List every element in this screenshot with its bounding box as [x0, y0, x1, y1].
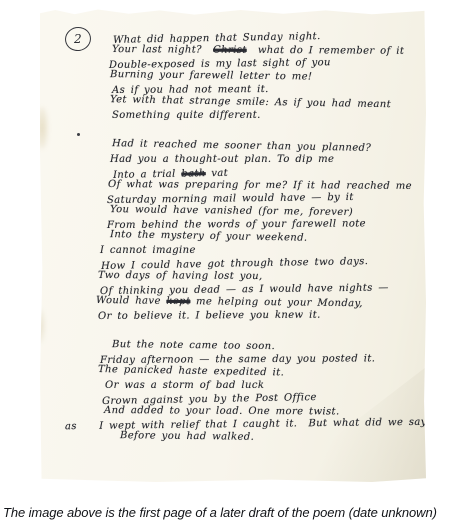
manuscript-line: Something quite different.: [112, 109, 426, 122]
manuscript-stanza: What did happen that Sunday night.Your l…: [40, 31, 426, 122]
scribbled-word: Christ: [213, 45, 247, 56]
manuscript-stanza: Had it reached me sooner than you planne…: [40, 140, 426, 322]
article-image-block: 2 What did happen that Sunday night.Your…: [0, 0, 457, 531]
manuscript-line: Before you had walked.: [120, 429, 426, 446]
manuscript-lines: What did happen that Sunday night.Your l…: [40, 9, 426, 462]
image-caption: The image above is the first page of a l…: [3, 505, 457, 521]
manuscript-stanza: But the note came too soon.Friday aftern…: [40, 340, 426, 444]
scribbled-word: kept: [166, 296, 190, 307]
manuscript-line: Or to believe it. I believe you knew it.: [98, 308, 426, 323]
manuscript-paper: 2 What did happen that Sunday night.Your…: [40, 9, 426, 482]
